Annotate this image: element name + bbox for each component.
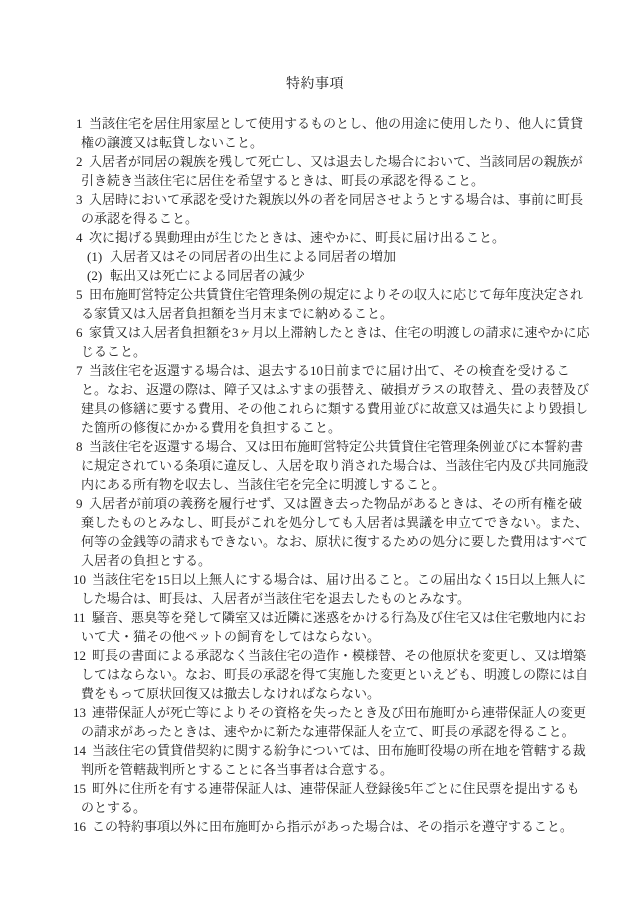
clause-line: の承認を得ること。: [0, 209, 630, 228]
clause-line: 権の譲渡又は転貸しないこと。: [0, 133, 630, 152]
clause-text: 判所を管轄裁判所とすることに各当事者は合意する。: [81, 762, 393, 777]
clause-line: 8当該住宅を返還する場合、又は田布施町営特定公共賃貸住宅管理条例並びに本誓約書: [0, 437, 630, 456]
clause-line: 4次に掲げる異動理由が生じたときは、速やかに、町長に届け出ること。: [0, 228, 630, 247]
clause-text: 家賃又は入居者負担額を3ヶ月以上滞納したときは、住宅の明渡しの請求に速やかに応: [89, 325, 590, 340]
clause-line: 棄したものとみなし、町長がこれを処分しても入居者は異議を申立てできない。また、: [0, 513, 630, 532]
clause-line: 建具の修繕に要する費用、その他これらに類する費用並びに故意又は過失により毀損し: [0, 399, 630, 418]
clause-line: 16この特約事項以外に田布施町から指示があった場合は、その指示を遵守すること。: [0, 817, 630, 836]
clause-number: 8: [76, 437, 89, 456]
clause-line: 13連帯保証人が死亡等によりその資格を失ったとき及び田布施町から連帯保証人の変更: [0, 703, 630, 722]
clause-line: 引き続き当該住宅に居住を希望するときは、町長の承認を得ること。: [0, 171, 630, 190]
clause-text: に規定されている条項に違反し、入居を取り消された場合は、当該住宅内及び共同施設: [81, 458, 588, 473]
clause-text: 入居時において承認を受けた親族以外の者を同居させようとする場合は、事前に町長: [89, 192, 583, 207]
clause-number: 13: [73, 703, 92, 722]
clause-text: いて犬・猫その他ペットの飼育をしてはならない。: [81, 629, 380, 644]
clause-number: 2: [76, 152, 89, 171]
clause-text: る家賃又は入居者負担額を当月末までに納めること。: [81, 306, 393, 321]
clause-text: のとする。: [81, 800, 146, 815]
clause-number: 4: [76, 228, 89, 247]
clause-text: の承認を得ること。: [81, 211, 198, 226]
clause-line: 内にある所有物を収去し、当該住宅を完全に明渡しすること。: [0, 475, 630, 494]
clause-text: 棄したものとみなし、町長がこれを処分しても入居者は異議を申立てできない。また、: [81, 515, 588, 530]
clause-text: の請求があったときは、速やかに新たな連帯保証人を立て、町長の承認を得ること。: [81, 724, 575, 739]
clause-text: 建具の修繕に要する費用、その他これらに類する費用並びに故意又は過失により毀損し: [81, 401, 588, 416]
clause-text: 当該住宅を返還する場合、又は田布施町営特定公共賃貸住宅管理条例並びに本誓約書: [89, 439, 583, 454]
clause-text: 何等の金銭等の請求もできない。なお、原状に復するための処分に要した費用はすべて: [81, 534, 588, 549]
clause-number: 16: [73, 817, 92, 836]
clause-line: した場合は、町長は、入居者が当該住宅を退去したものとみなす。: [0, 589, 630, 608]
clause-line: 14当該住宅の賃貸借契約に関する紛争については、田布施町役場の所在地を管轄する裁: [0, 741, 630, 760]
clause-text: 入居者が同居の親族を残して死亡し、又は退去した場合において、当該同居の親族が: [89, 154, 583, 169]
clause-line: 7当該住宅を返還する場合は、退去する10日前までに届け出て、その検査を受けるこ: [0, 361, 630, 380]
clause-line: 12町長の書面による承認なく当該住宅の造作・模様替、その他原状を変更し、又は増築: [0, 646, 630, 665]
clause-line: 費をもって原状回復又は撤去しなければならない。: [0, 684, 630, 703]
clause-line: のとする。: [0, 798, 630, 817]
clause-line: 1当該住宅を居住用家屋として使用するものとし、他の用途に使用したり、他人に賃貸: [0, 114, 630, 133]
clause-text: と。なお、返還の際は、障子又はふすまの張替え、破損ガラスの取替え、畳の表替及び: [81, 382, 589, 397]
clause-number: 1: [76, 114, 89, 133]
clause-line: の請求があったときは、速やかに新たな連帯保証人を立て、町長の承認を得ること。: [0, 722, 630, 741]
clause-line: 何等の金銭等の請求もできない。なお、原状に復するための処分に要した費用はすべて: [0, 532, 630, 551]
clause-line: 15町外に住所を有する連帯保証人は、連帯保証人登録後5年ごとに住民票を提出するも: [0, 779, 630, 798]
clause-number: 11: [73, 608, 92, 627]
clause-text: 入居者又はその同居者の出生による同居者の増加: [110, 249, 396, 264]
clause-text: この特約事項以外に田布施町から指示があった場合は、その指示を遵守すること。: [92, 819, 573, 834]
clause-line: (1)入居者又はその同居者の出生による同居者の増加: [0, 247, 630, 266]
clause-line: 5田布施町営特定公共賃貸住宅管理条例の規定によりその収入に応じて毎年度決定され: [0, 285, 630, 304]
clause-text: 次に掲げる異動理由が生じたときは、速やかに、町長に届け出ること。: [89, 230, 505, 245]
clause-text: した場合は、町長は、入居者が当該住宅を退去したものとみなす。: [81, 591, 470, 606]
clause-text: してはならない。なお、町長の承認を得て実施した変更といえども、明渡しの際には自: [81, 667, 588, 682]
clause-number: 5: [76, 285, 89, 304]
clause-text: 引き続き当該住宅に居住を希望するときは、町長の承認を得ること。: [81, 173, 484, 188]
clause-text: 町長の書面による承認なく当該住宅の造作・模様替、その他原状を変更し、又は増築: [92, 648, 586, 663]
clause-text: た箇所の修復にかかる費用を負担すること。: [81, 420, 341, 435]
clause-text: 権の譲渡又は転貸しないこと。: [81, 135, 263, 150]
clause-line: 10当該住宅を15日以上無人にする場合は、届け出ること。この届出なく15日以上無…: [0, 570, 630, 589]
clause-line: 判所を管轄裁判所とすることに各当事者は合意する。: [0, 760, 630, 779]
clause-line: じること。: [0, 342, 630, 361]
clause-text: 町外に住所を有する連帯保証人は、連帯保証人登録後5年ごとに住民票を提出するも: [92, 781, 580, 796]
clause-text: 連帯保証人が死亡等によりその資格を失ったとき及び田布施町から連帯保証人の変更: [92, 705, 586, 720]
clause-line: してはならない。なお、町長の承認を得て実施した変更といえども、明渡しの際には自: [0, 665, 630, 684]
clause-line: 6家賃又は入居者負担額を3ヶ月以上滞納したときは、住宅の明渡しの請求に速やかに応: [0, 323, 630, 342]
document-title: 特約事項: [0, 75, 630, 94]
clause-number: 6: [76, 323, 89, 342]
clause-number: (1): [87, 247, 110, 266]
clause-text: 当該住宅の賃貸借契約に関する紛争については、田布施町役場の所在地を管轄する裁: [92, 743, 586, 758]
clause-text: 騒音、悪臭等を発して隣室又は近隣に迷惑をかける行為及び住宅又は住宅敷地内にお: [92, 610, 586, 625]
clause-line: る家賃又は入居者負担額を当月末までに納めること。: [0, 304, 630, 323]
clause-number: 9: [76, 494, 89, 513]
clause-line: 2入居者が同居の親族を残して死亡し、又は退去した場合において、当該同居の親族が: [0, 152, 630, 171]
clause-line: 3入居時において承認を受けた親族以外の者を同居させようとする場合は、事前に町長: [0, 190, 630, 209]
document-page: 特約事項 1当該住宅を居住用家屋として使用するものとし、他の用途に使用したり、他…: [0, 0, 630, 903]
clause-number: 7: [76, 361, 89, 380]
clause-text: 当該住宅を居住用家屋として使用するものとし、他の用途に使用したり、他人に賃貸: [89, 116, 583, 131]
clause-text: 入居者の負担とする。: [81, 553, 211, 568]
clause-line: 入居者の負担とする。: [0, 551, 630, 570]
clause-number: (2): [87, 266, 110, 285]
clause-number: 12: [73, 646, 92, 665]
clause-line: 11騒音、悪臭等を発して隣室又は近隣に迷惑をかける行為及び住宅又は住宅敷地内にお: [0, 608, 630, 627]
clause-text: 当該住宅を返還する場合は、退去する10日前までに届け出て、その検査を受けるこ: [89, 363, 570, 378]
clause-text: 内にある所有物を収去し、当該住宅を完全に明渡しすること。: [81, 477, 445, 492]
clause-text: 当該住宅を15日以上無人にする場合は、届け出ること。この届出なく15日以上無人に: [92, 572, 586, 587]
clause-text: 入居者が前項の義務を履行せず、又は置き去った物品があるときは、その所有権を破: [89, 496, 582, 511]
clause-text: 費をもって原状回復又は撤去しなければならない。: [81, 686, 380, 701]
clause-number: 14: [73, 741, 92, 760]
clause-number: 10: [73, 570, 92, 589]
clause-line: と。なお、返還の際は、障子又はふすまの張替え、破損ガラスの取替え、畳の表替及び: [0, 380, 630, 399]
clause-line: た箇所の修復にかかる費用を負担すること。: [0, 418, 630, 437]
clause-number: 3: [76, 190, 89, 209]
clause-number: 15: [73, 779, 92, 798]
clause-list: 1当該住宅を居住用家屋として使用するものとし、他の用途に使用したり、他人に賃貸権…: [0, 114, 630, 836]
clause-line: (2)転出又は死亡による同居者の減少: [0, 266, 630, 285]
clause-line: いて犬・猫その他ペットの飼育をしてはならない。: [0, 627, 630, 646]
clause-text: じること。: [81, 344, 146, 359]
clause-line: に規定されている条項に違反し、入居を取り消された場合は、当該住宅内及び共同施設: [0, 456, 630, 475]
clause-text: 転出又は死亡による同居者の減少: [110, 268, 305, 283]
clause-line: 9入居者が前項の義務を履行せず、又は置き去った物品があるときは、その所有権を破: [0, 494, 630, 513]
clause-text: 田布施町営特定公共賃貸住宅管理条例の規定によりその収入に応じて毎年度決定され: [89, 287, 583, 302]
